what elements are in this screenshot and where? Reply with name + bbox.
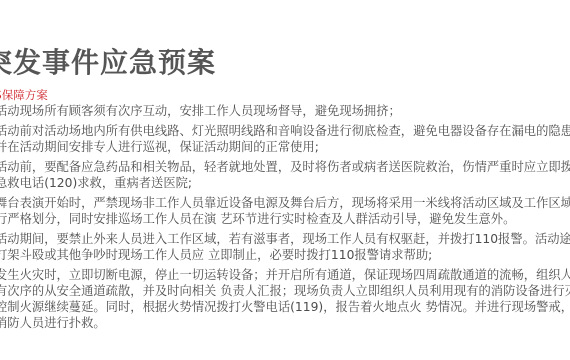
item-text-line: 打架斗殴或其他争吵时现场工作人员应 立即制止，必要时拨打110报警请求帮助;	[0, 247, 570, 263]
page-title: 突发事件应急预案	[0, 47, 216, 79]
item-text-line: 有次序的从安全通道疏散，并及时向相关 负责人汇报；现场负责人立即组织人员利用现有…	[0, 283, 570, 299]
item-text-line: 活动期间，要禁止外来人员进入工作区域，若有滋事者，现场工作人员有权驱赶，并拨打1…	[0, 231, 570, 247]
item-text-line: 舞台表演开始时，严禁现场非工作人员靠近设备电源及舞台后方，现场将采用一米线将活动…	[0, 195, 570, 211]
item-text-line: 活动前，要配备应急药品和相关物品，轻者就地处置，及时将伤者或病者送医院救治，伤情…	[0, 159, 570, 175]
item-text-line: 发生火灾时，立即切断电源，停止一切运转设备；并开启所有通道，保证现场四周疏散通道…	[0, 267, 570, 283]
item-text-line: 急救电话(120)求救，重病者送医院;	[0, 175, 570, 191]
plan-item-security: 活动期间，要禁止外来人员进入工作区域，若有滋事者，现场工作人员有权驱赶，并拨打1…	[0, 231, 570, 263]
plan-item-list: 活动现场所有顾客须有次序互动，安排工作人员现场督导，避免现场拥挤； 活动前对活动…	[0, 103, 570, 335]
item-text-line: 消防人员进行扑救。	[0, 315, 570, 331]
plan-item-crowd: 活动现场所有顾客须有次序互动，安排工作人员现场督导，避免现场拥挤；	[0, 103, 570, 119]
item-text-line: 并在活动期间安排专人进行巡视，保证活动期间的正常使用;	[0, 139, 570, 155]
plan-item-electrical: 活动前对活动场地内所有供电线路、灯光照明线路和音响设备进行彻底检查，避免电器设备…	[0, 123, 570, 155]
section-subtitle: IS保障方案	[0, 88, 48, 102]
plan-item-medical: 活动前，要配备应急药品和相关物品，轻者就地处置，及时将伤者或病者送医院救治，伤情…	[0, 159, 570, 191]
plan-item-stage: 舞台表演开始时，严禁现场非工作人员靠近设备电源及舞台后方，现场将采用一米线将活动…	[0, 195, 570, 227]
item-text-line: 控制火源继续蔓延。同时，根据火势情况拨打火警电话(119)，报告着火地点火 势情…	[0, 299, 570, 315]
document-viewport: 突发事件应急预案 IS保障方案 活动现场所有顾客须有次序互动，安排工作人员现场督…	[0, 0, 570, 360]
item-text-line: 活动前对活动场地内所有供电线路、灯光照明线路和音响设备进行彻底检查，避免电器设备…	[0, 123, 570, 139]
item-text-line: 活动现场所有顾客须有次序互动，安排工作人员现场督导，避免现场拥挤；	[0, 103, 570, 119]
item-text-line: 行严格划分，同时安排巡场工作人员在演 艺环节进行实时检查及人群活动引导，避免发生…	[0, 211, 570, 227]
plan-item-fire: 发生火灾时，立即切断电源，停止一切运转设备；并开启所有通道，保证现场四周疏散通道…	[0, 267, 570, 331]
